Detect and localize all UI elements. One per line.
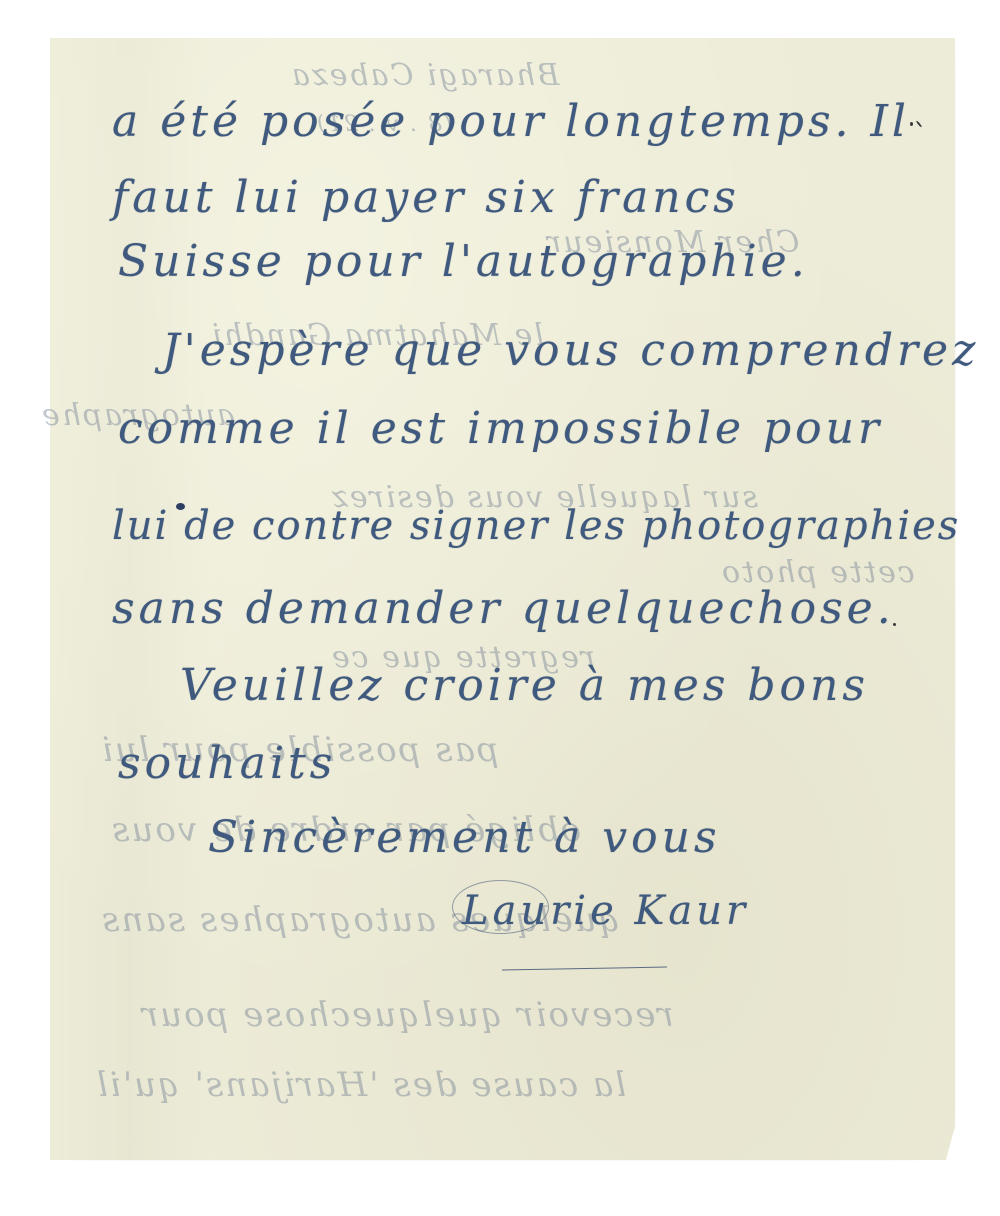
letter-line: faut lui payer six francs bbox=[112, 172, 740, 223]
bleed-through-text: Bharagi Cabeza bbox=[290, 58, 559, 93]
letter-line: Veuillez croire à mes bons bbox=[180, 660, 869, 711]
bleed-through-text: la cause des 'Harijans' qu'il bbox=[95, 1065, 626, 1105]
letter-line: souhaits bbox=[118, 738, 336, 789]
bleed-through-text: recevoir quelquechose pour bbox=[140, 995, 674, 1035]
letter-line: Sincèrement à vous bbox=[208, 812, 721, 863]
ink-blot bbox=[176, 503, 185, 510]
signature: Laurie Kaur bbox=[462, 888, 749, 934]
letter-line: lui de contre signer les photographies bbox=[112, 503, 960, 549]
letter-line: J'espère que vous comprendrez bbox=[162, 325, 979, 376]
letter-line: a été posée pour longtemps. Il bbox=[112, 96, 910, 147]
letter-line: Suisse pour l'autographie. bbox=[118, 236, 809, 287]
letter-line: comme il est impossible pour bbox=[118, 403, 883, 454]
ink-speck bbox=[910, 122, 913, 126]
letter-line: sans demander quelquechose. bbox=[112, 583, 895, 634]
ink-speck bbox=[893, 623, 896, 626]
